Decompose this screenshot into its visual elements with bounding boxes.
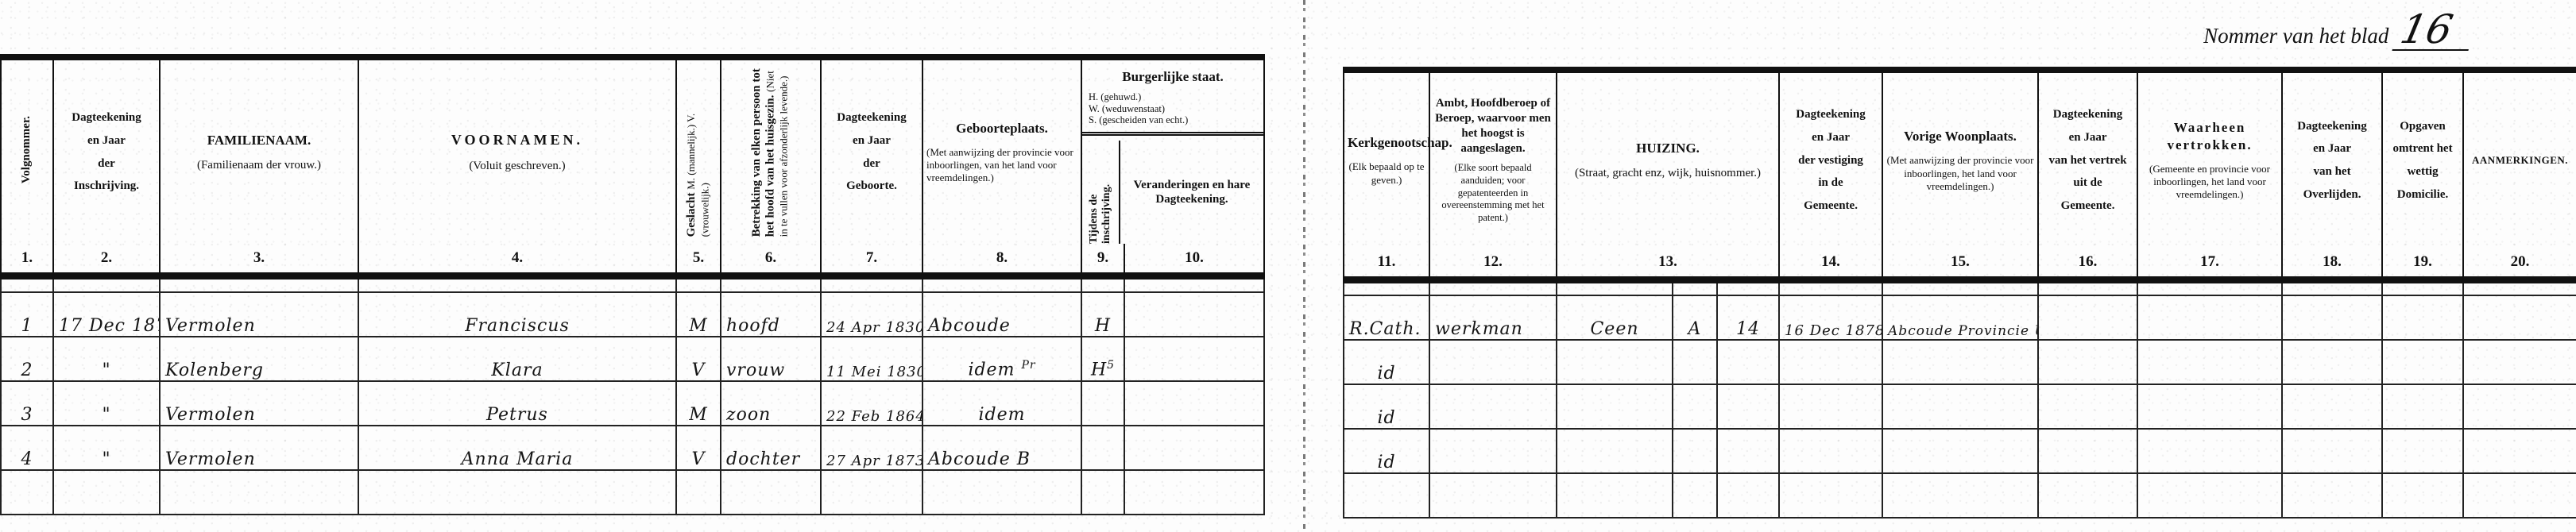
cell-familienaam: Vermolen [160, 381, 358, 426]
cell-overlijden [2282, 295, 2382, 340]
cell-veranderingen [1124, 426, 1264, 470]
header-voornamen: VOORNAMEN. (Voluit geschreven.) [358, 57, 676, 244]
cell-burgerlijke-staat [1081, 426, 1124, 470]
cell-vestiging [1779, 340, 1882, 384]
cell-familienaam: Vermolen [160, 292, 358, 337]
cell-vorige-woonplaats [1882, 384, 2038, 429]
header-aanmerkingen: AANMERKINGEN. [2463, 70, 2576, 248]
header-veranderingen: Veranderingen en hare Dagteekening. [1120, 141, 1263, 244]
header-inschrijving: Dagteekening en Jaar der Inschrijving. [53, 57, 160, 244]
cell-domicilie [2382, 384, 2463, 429]
table-row: 1 17 Dec 1878 Vermolen Franciscus M hoof… [1, 292, 1264, 337]
right-page: Nommer van het blad 16 Kerkgenootschap. … [1343, 0, 2576, 532]
cell-huizing-wijk [1673, 340, 1717, 384]
header-tijdens-inschrijving: Tijdens de inschrijving. [1082, 141, 1120, 244]
cell-veranderingen [1124, 337, 1264, 381]
col-num-3: 3. [160, 244, 358, 276]
col-num-10: 10. [1124, 244, 1264, 276]
cell-domicilie [2382, 340, 2463, 384]
header-vertrek: Dagteekening en Jaar van het vertrek uit… [2038, 70, 2137, 248]
cell-overlijden [2282, 429, 2382, 473]
table-row: id [1344, 429, 2576, 473]
cell-kerk: R.Cath. [1344, 295, 1429, 340]
cell-aanmerkingen [2463, 295, 2576, 340]
cell-geslacht: V [676, 337, 721, 381]
col-num-15: 15. [1882, 248, 2038, 279]
cell-huizing-straat [1557, 429, 1673, 473]
cell-volgnummer: 4 [1, 426, 53, 470]
cell-vorige-woonplaats [1882, 429, 2038, 473]
cell-geboorteplaats: Abcoude [922, 292, 1081, 337]
header-beroep: Ambt, Hoofdberoep of Beroep, waarvoor me… [1429, 70, 1557, 248]
cell-geboorteplaats: Abcoude B [922, 426, 1081, 470]
cell-beroep [1429, 340, 1557, 384]
cell-huizing-nummer: 14 [1717, 295, 1779, 340]
table-row: id [1344, 384, 2576, 429]
cell-voornamen: Petrus [358, 381, 676, 426]
cell-geboorte: 22 Feb 1864 [821, 381, 922, 426]
cell-overlijden [2282, 384, 2382, 429]
register-table-right: Kerkgenootschap. (Elk bepaald op te geve… [1343, 67, 2576, 519]
cell-inschrijving: 17 Dec 1878 [53, 292, 160, 337]
col-num-20: 20. [2463, 248, 2576, 279]
cell-geboorte: 11 Mei 1830 [821, 337, 922, 381]
sheet-number-value: 16 [2392, 10, 2477, 51]
left-page: Volgnommer. Dagteekening en Jaar der Ins… [0, 0, 1263, 532]
cell-beroep [1429, 384, 1557, 429]
cell-huizing-wijk [1673, 429, 1717, 473]
cell-geslacht: M [676, 381, 721, 426]
cell-voornamen: Klara [358, 337, 676, 381]
col-num-11: 11. [1344, 248, 1429, 279]
cell-aanmerkingen [2463, 340, 2576, 384]
sheet-number-label: Nommer van het blad [2203, 24, 2388, 48]
cell-aanmerkingen [2463, 429, 2576, 473]
cell-betrekking: vrouw [721, 337, 821, 381]
col-num-7: 7. [821, 244, 922, 276]
table-row: R.Cath. werkman Ceen A 14 16 Dec 1878 Ab… [1344, 295, 2576, 340]
header-geslacht: Geslacht M. (mannelijk.) V. (vrouwelijk.… [676, 57, 721, 244]
table-row-empty [1344, 473, 2576, 518]
col-num-5: 5. [676, 244, 721, 276]
cell-burgerlijke-staat: H [1081, 292, 1124, 337]
cell-betrekking: dochter [721, 426, 821, 470]
col-num-6: 6. [721, 244, 821, 276]
cell-vorige-woonplaats [1882, 340, 2038, 384]
cell-vertrek [2038, 295, 2137, 340]
col-num-1: 1. [1, 244, 53, 276]
cell-burgerlijke-staat: H5 [1081, 337, 1124, 381]
cell-beroep: werkman [1429, 295, 1557, 340]
col-num-17: 17. [2137, 248, 2282, 279]
header-vorige-woonplaats: Vorige Woonplaats. (Met aanwijzing der p… [1882, 70, 2038, 248]
cell-waarheen [2137, 340, 2282, 384]
cell-huizing-wijk [1673, 384, 1717, 429]
cell-familienaam: Kolenberg [160, 337, 358, 381]
cell-volgnummer: 2 [1, 337, 53, 381]
header-huizing: HUIZING. (Straat, gracht enz, wijk, huis… [1557, 70, 1779, 248]
cell-kerk: id [1344, 429, 1429, 473]
cell-geslacht: M [676, 292, 721, 337]
cell-veranderingen [1124, 292, 1264, 337]
cell-inschrijving: " [53, 337, 160, 381]
cell-vertrek [2038, 340, 2137, 384]
table-row: 3 " Vermolen Petrus M zoon 22 Feb 1864 i… [1, 381, 1264, 426]
cell-volgnummer: 1 [1, 292, 53, 337]
cell-beroep [1429, 429, 1557, 473]
cell-overlijden [2282, 340, 2382, 384]
table-row-empty [1, 470, 1264, 515]
cell-kerk: id [1344, 340, 1429, 384]
table-row-blank [1, 276, 1264, 292]
table-row: id [1344, 340, 2576, 384]
cell-betrekking: zoon [721, 381, 821, 426]
cell-vertrek [2038, 384, 2137, 429]
col-num-19: 19. [2382, 248, 2463, 279]
header-overlijden: Dagteekening en Jaar van het Overlijden. [2282, 70, 2382, 248]
header-waarheen: Waarheen vertrokken. (Gemeente en provin… [2137, 70, 2282, 248]
header-kerkgenootschap: Kerkgenootschap. (Elk bepaald op te geve… [1344, 70, 1429, 248]
cell-waarheen [2137, 429, 2282, 473]
cell-familienaam: Vermolen [160, 426, 358, 470]
cell-vestiging [1779, 429, 1882, 473]
col-num-16: 16. [2038, 248, 2137, 279]
cell-huizing-wijk: A [1673, 295, 1717, 340]
cell-waarheen [2137, 295, 2282, 340]
cell-domicilie [2382, 295, 2463, 340]
cell-voornamen: Franciscus [358, 292, 676, 337]
cell-volgnummer: 3 [1, 381, 53, 426]
cell-burgerlijke-staat [1081, 381, 1124, 426]
cell-kerk: id [1344, 384, 1429, 429]
cell-huizing-straat [1557, 384, 1673, 429]
header-geboorteplaats: Geboorteplaats. (Met aanwijzing der prov… [922, 57, 1081, 244]
cell-huizing-nummer [1717, 340, 1779, 384]
cell-geslacht: V [676, 426, 721, 470]
header-domicilie: Opgaven omtrent het wettig Domicilie. [2382, 70, 2463, 248]
col-num-2: 2. [53, 244, 160, 276]
cell-domicilie [2382, 429, 2463, 473]
table-row: 2 " Kolenberg Klara V vrouw 11 Mei 1830 … [1, 337, 1264, 381]
table-row: 4 " Vermolen Anna Maria V dochter 27 Apr… [1, 426, 1264, 470]
header-burgerlijke-staat: Burgerlijke staat. H. (gehuwd.) W. (wedu… [1081, 57, 1264, 244]
cell-huizing-nummer [1717, 429, 1779, 473]
cell-geboorte: 27 Apr 1873 [821, 426, 922, 470]
cell-huizing-nummer [1717, 384, 1779, 429]
cell-vertrek [2038, 429, 2137, 473]
header-vestiging: Dagteekening en Jaar der vestiging in de… [1779, 70, 1882, 248]
cell-geboorte: 24 Apr 1830 [821, 292, 922, 337]
cell-vestiging [1779, 384, 1882, 429]
sheet-number: Nommer van het blad 16 [2203, 10, 2473, 51]
cell-veranderingen [1124, 381, 1264, 426]
cell-vestiging: 16 Dec 1878 [1779, 295, 1882, 340]
cell-inschrijving: " [53, 381, 160, 426]
book-spine [1303, 0, 1305, 532]
table-row-blank [1344, 279, 2576, 295]
col-num-9: 9. [1081, 244, 1124, 276]
col-num-4: 4. [358, 244, 676, 276]
col-num-14: 14. [1779, 248, 1882, 279]
header-familienaam: FAMILIENAAM. (Familienaam der vrouw.) [160, 57, 358, 244]
cell-voornamen: Anna Maria [358, 426, 676, 470]
col-num-12: 12. [1429, 248, 1557, 279]
cell-aanmerkingen [2463, 384, 2576, 429]
col-num-13: 13. [1557, 248, 1779, 279]
col-num-8: 8. [922, 244, 1081, 276]
header-volgnommer: Volgnommer. [1, 57, 53, 244]
cell-vorige-woonplaats: Abcoude Provincie Utrecht [1882, 295, 2038, 340]
header-geboorte: Dagteekening en Jaar der Geboorte. [821, 57, 922, 244]
col-num-18: 18. [2282, 248, 2382, 279]
header-volgnommer-title: Volgnommer. [20, 116, 33, 183]
cell-geboorteplaats: idem [922, 381, 1081, 426]
cell-huizing-straat: Ceen [1557, 295, 1673, 340]
cell-betrekking: hoofd [721, 292, 821, 337]
register-table-left: Volgnommer. Dagteekening en Jaar der Ins… [0, 54, 1265, 515]
header-betrekking: Betrekking van elken persoon tot het hoo… [721, 57, 821, 244]
cell-huizing-straat [1557, 340, 1673, 384]
cell-geboorteplaats: idem Pr [922, 337, 1081, 381]
cell-waarheen [2137, 384, 2282, 429]
cell-inschrijving: " [53, 426, 160, 470]
